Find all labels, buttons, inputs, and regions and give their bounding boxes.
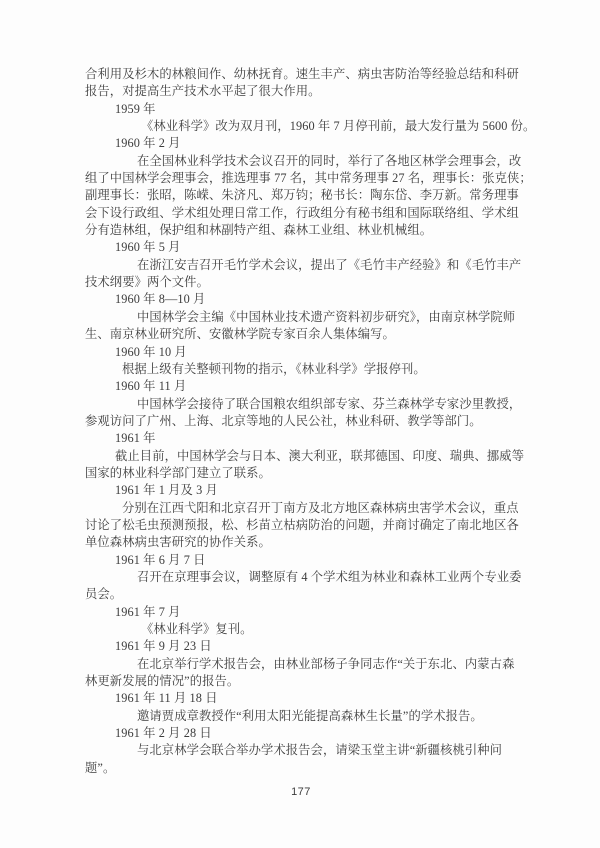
- text-line: 《林业科学》改为双月刊，1960 年 7 月停刊前，最大发行量为 5600 份。: [85, 118, 517, 135]
- text-line: 1961 年 7 月: [85, 604, 517, 621]
- text-line: 1959 年: [85, 101, 517, 118]
- text-line: 《林业科学》复刊。: [85, 621, 517, 638]
- text-line: 中国林学会主编《中国林业技术遗产资料初步研究》，由南京林学院师: [85, 309, 517, 326]
- text-line: 参观访问了广州、上海、北京等地的人民公社，林业科研、教学等部门。: [85, 413, 517, 430]
- text-line: 召开在京理事会议，调整原有 4 个学术组为林业和森林工业两个专业委: [85, 569, 517, 586]
- text-line: 1960 年 10 月: [85, 344, 517, 361]
- text-line: 1960 年 2 月: [85, 135, 517, 152]
- text-line: 生、南京林业研究所、安徽林学院专家百余人集体编写。: [85, 326, 517, 343]
- page-body: 合利用及杉木的林粮间作、幼林抚育。速生丰产、病虫害防治等经验总结和科研报告，对提…: [85, 66, 517, 777]
- text-line: 1960 年 11 月: [85, 378, 517, 395]
- text-line: 组了中国林学会理事会，推选理事 77 名，其中常务理事 27 名，理事长：张克侠…: [85, 170, 517, 187]
- text-line: 在北京举行学术报告会，由林业部杨子争同志作“关于东北、内蒙古森: [85, 656, 517, 673]
- text-line: 1961 年 2 月 28 日: [85, 725, 517, 742]
- text-line: 报告，对提高生产技术水平起了很大作用。: [85, 83, 517, 100]
- text-line: 1961 年: [85, 430, 517, 447]
- text-line: 在浙江安吉召开毛竹学术会议，提出了《毛竹丰产经验》和《毛竹丰产: [85, 257, 517, 274]
- text-line: 合利用及杉木的林粮间作、幼林抚育。速生丰产、病虫害防治等经验总结和科研: [85, 66, 517, 83]
- text-line: 在全国林业科学技术会议召开的同时，举行了各地区林学会理事会，改: [85, 153, 517, 170]
- text-line: 根据上级有关整顿刊物的指示，《林业科学》学报停刊。: [85, 361, 517, 378]
- text-line: 副理事长：张昭，陈嵘、朱济凡、郑万钧；秘书长：陶东岱、李万新。常务理事: [85, 187, 517, 204]
- text-line: 林更新发展的情况”的报告。: [85, 673, 517, 690]
- text-line: 讨论了松毛虫预测预报，松、杉苗立枯病防治的问题，并商讨确定了南北地区各: [85, 517, 517, 534]
- text-line: 截止目前，中国林学会与日本、澳大利亚，联邦德国、印度、瑞典、挪威等: [85, 448, 517, 465]
- text-line: 题”。: [85, 760, 517, 777]
- text-line: 技术纲要》两个文件。: [85, 274, 517, 291]
- text-line: 1960 年 8—10 月: [85, 291, 517, 308]
- text-line: 1961 年 9 月 23 日: [85, 638, 517, 655]
- text-line: 单位森林病虫害研究的协作关系。: [85, 534, 517, 551]
- text-line: 1961 年 1 月及 3 月: [85, 482, 517, 499]
- text-line: 会下设行政组、学术组处理日常工作，行政组分有秘书组和国际联络组、学术组: [85, 205, 517, 222]
- text-line: 邀请贾成章教授作“利用太阳光能提高森林生长量”的学术报告。: [85, 708, 517, 725]
- text-line: 国家的林业科学部门建立了联系。: [85, 465, 517, 482]
- text-line: 分别在江西弋阳和北京召开丁南方及北方地区森林病虫害学术会议，重点: [85, 500, 517, 517]
- text-line: 中国林学会接待了联合国粮农组织部专家、芬兰森林学专家沙里教授，: [85, 396, 517, 413]
- document-page: 合利用及杉木的林粮间作、幼林抚育。速生丰产、病虫害防治等经验总结和科研报告，对提…: [0, 0, 600, 848]
- text-line: 与北京林学会联合举办学术报告会，请梁玉堂主讲“新疆核桃引种问: [85, 742, 517, 759]
- text-line: 1960 年 5 月: [85, 239, 517, 256]
- text-line: 1961 年 11 月 18 日: [85, 690, 517, 707]
- page-number: 177: [85, 786, 517, 798]
- text-line: 分有造林组，保护组和林副特产组、森林工业组、林业机械组。: [85, 222, 517, 239]
- text-line: 员会。: [85, 586, 517, 603]
- text-line: 1961 年 6 月 7 日: [85, 552, 517, 569]
